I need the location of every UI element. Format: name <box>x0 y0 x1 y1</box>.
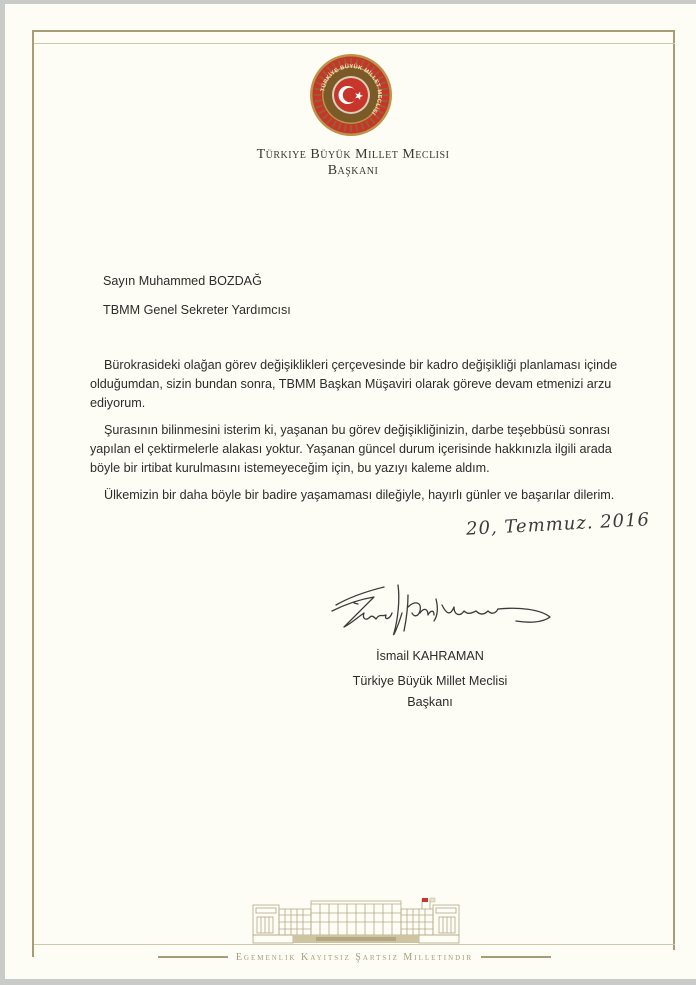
body-line: Bürokrasideki olağan görev değişiklikler… <box>90 356 610 375</box>
tbmm-seal-icon: TÜRKİYE BÜYÜK MİLLET MECLİSİ <box>309 53 393 137</box>
letterhead-institution: Türkiye Büyük Millet Meclisi <box>0 147 696 163</box>
body-line: ediyorum. <box>90 394 610 413</box>
body-line: Ülkemizin bir daha böyle bir badire yaşa… <box>90 486 610 505</box>
motto-rule-left <box>158 956 228 958</box>
body-paragraph-2: Şurasının bilinmesini isterim ki, yaşana… <box>90 421 610 478</box>
footer-motto-bar: Egemenlik Kayıtsız Şartsız Milletindir <box>34 950 675 964</box>
signatory-institution: Türkiye Büyük Millet Meclisi <box>310 672 550 691</box>
parliament-building-icon <box>252 895 460 945</box>
letterhead-title: Başkanı <box>0 163 696 179</box>
recipient-salutation: Sayın Muhammed BOZDAĞ <box>103 272 262 291</box>
body-line: olduğumdan, sizin bundan sonra, TBMM Baş… <box>90 375 610 394</box>
scan-edge <box>0 979 696 985</box>
signatory-title: Başkanı <box>310 693 550 712</box>
body-line: Şurasının bilinmesini isterim ki, yaşana… <box>90 421 610 440</box>
recipient-position: TBMM Genel Sekreter Yardımcısı <box>103 301 291 320</box>
body-line: yapılan el çektirmelerle alakası yoktur.… <box>90 440 610 459</box>
body-paragraph-1: Bürokrasideki olağan görev değişiklikler… <box>90 356 610 413</box>
motto-rule-right <box>481 956 551 958</box>
handwritten-signature-icon <box>328 583 560 645</box>
signatory-name: İsmail KAHRAMAN <box>310 647 550 666</box>
frame-inner-line-top <box>34 43 675 44</box>
body-paragraph-3: Ülkemizin bir daha böyle bir badire yaşa… <box>90 486 610 505</box>
body-line: böyle bir irtibat kurulmasını istemeyece… <box>90 459 610 478</box>
footer-motto: Egemenlik Kayıtsız Şartsız Milletindir <box>236 952 473 963</box>
